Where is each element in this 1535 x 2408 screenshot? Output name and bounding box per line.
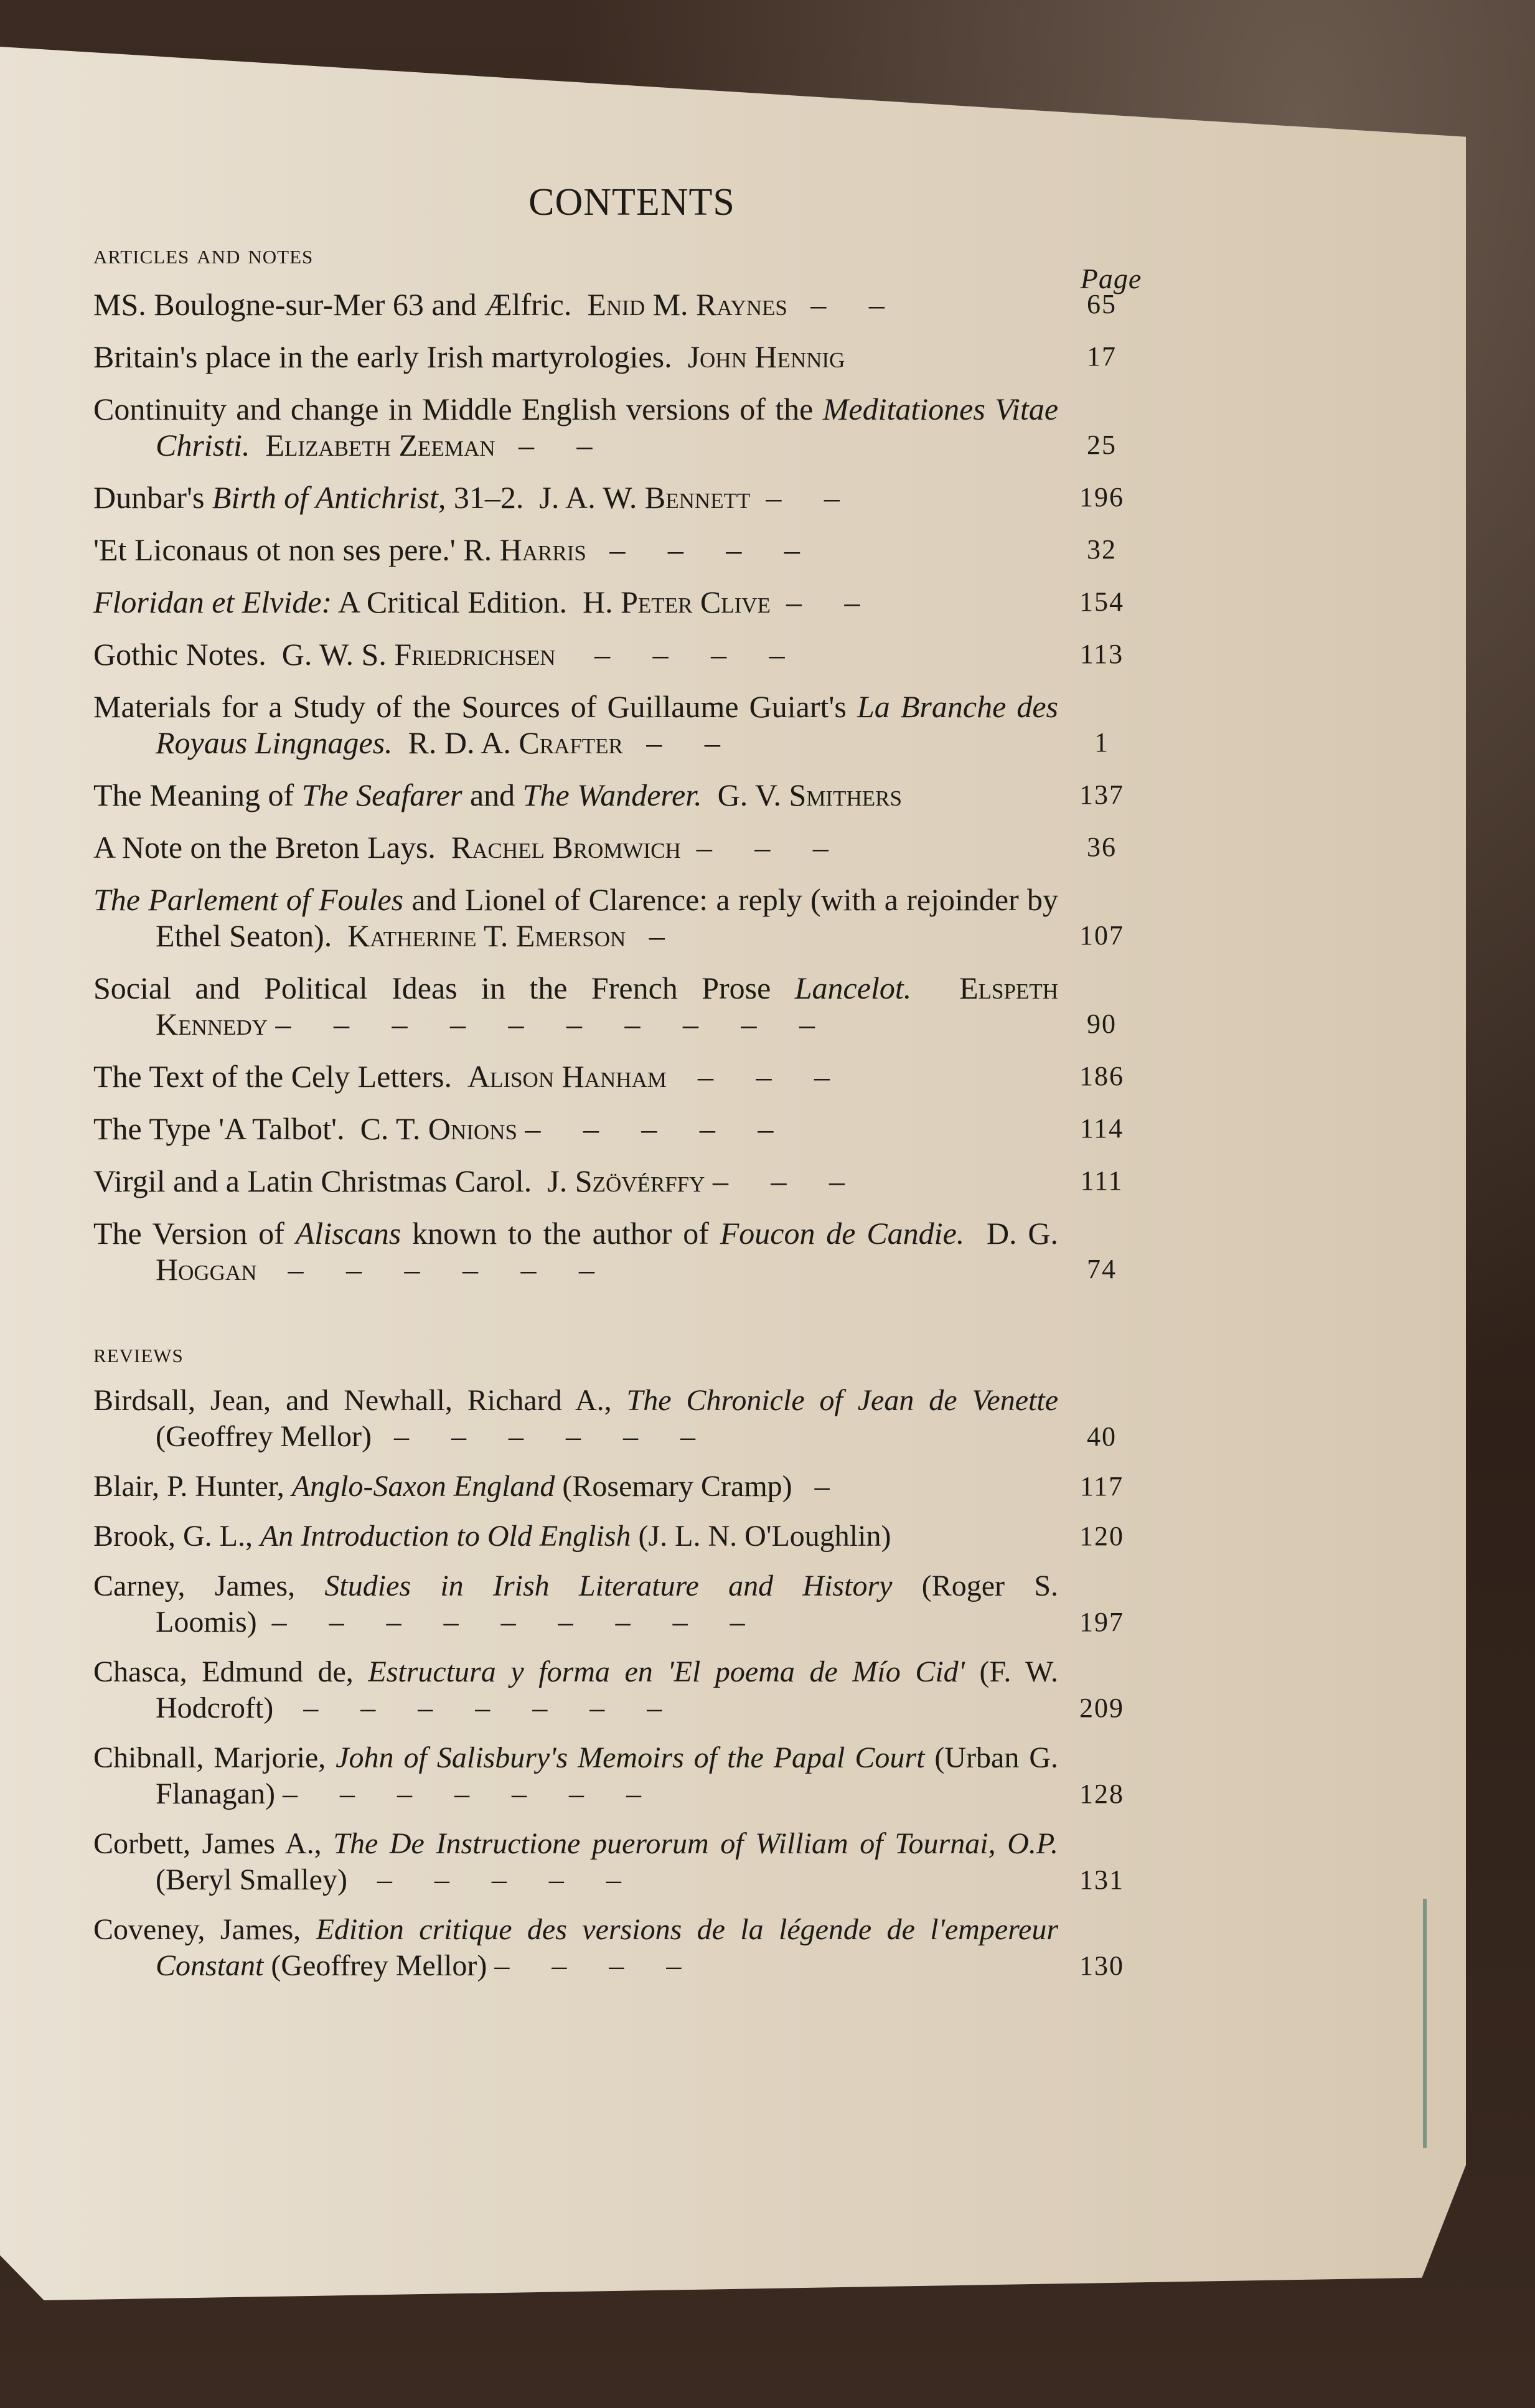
entry-title-conjunction: and (470, 778, 515, 812)
toc-entry[interactable]: Social and Political Ideas in the French… (93, 970, 1145, 1042)
entry-title-italic: The Wanderer. (523, 778, 702, 812)
page-column-label: Page (1077, 262, 1145, 295)
page-number: 120 (1058, 1518, 1145, 1554)
leader-dashes: – – – (697, 830, 846, 865)
page-number: 113 (1058, 636, 1145, 672)
page-number: 197 (1058, 1604, 1145, 1640)
leader-dashes: – (649, 918, 682, 953)
toc-entry[interactable]: Virgil and a Latin Christmas Carol. J. S… (93, 1163, 1145, 1199)
book-title: Studies in Irish Literature and History (324, 1569, 892, 1602)
leader-dashes: – – – (698, 1059, 847, 1094)
page-title: CONTENTS (93, 181, 1145, 225)
reviewed-author: Chasca, Edmund de, (93, 1655, 354, 1688)
page-number: 36 (1058, 829, 1145, 865)
entry-author: John Hennig (688, 339, 845, 374)
entry-title-italic: The Seafarer (302, 778, 462, 812)
leader-dashes: – (815, 1470, 847, 1503)
entry-title: MS. Boulogne-sur-Mer 63 and Ælfric. (93, 287, 571, 322)
entry-author: Rachel Bromwich (451, 830, 681, 865)
toc-entry[interactable]: Dunbar's Birth of Antichrist, 31–2. J. A… (93, 479, 1145, 515)
leader-dashes: – – (519, 428, 610, 463)
review-entry[interactable]: Brook, G. L., An Introduction to Old Eng… (93, 1518, 1145, 1554)
page-number: 1 (1058, 725, 1145, 761)
page-number: 130 (1058, 1948, 1145, 1984)
page-number: 40 (1058, 1419, 1145, 1455)
entry-author: R. Harris (463, 532, 586, 567)
entry-author: J. Szövérffy (547, 1164, 705, 1198)
section-heading-articles: ARTICLES AND NOTES Page (93, 237, 1145, 270)
page-number: 32 (1058, 532, 1145, 568)
entry-title: Gothic Notes. (93, 637, 266, 672)
entry-author: G. W. S. Friedrichsen (282, 637, 556, 672)
review-entry[interactable]: Blair, P. Hunter, Anglo-Saxon England (R… (93, 1469, 1145, 1505)
reviewed-author: Brook, G. L., (93, 1520, 253, 1553)
toc-entry[interactable]: A Note on the Breton Lays. Rachel Bromwi… (93, 829, 1145, 865)
articles-heading: ARTICLES AND NOTES (93, 238, 313, 270)
page-number: 154 (1058, 584, 1145, 620)
entry-author: H. Peter Clive (583, 585, 771, 619)
book-title: An Introduction to Old English (260, 1520, 631, 1553)
toc-entry[interactable]: Continuity and change in Middle English … (93, 391, 1145, 463)
leader-dashes: – – – – – (525, 1111, 791, 1146)
reviewed-author: Birdsall, Jean, and Newhall, Richard A., (93, 1384, 612, 1417)
leader-dashes: – – – – – – – (303, 1691, 679, 1724)
toc-entry[interactable]: Materials for a Study of the Sources of … (93, 689, 1145, 761)
entry-author: Katherine T. Emerson (347, 918, 626, 953)
toc-entry[interactable]: Gothic Notes. G. W. S. Friedrichsen – – … (93, 636, 1145, 672)
entry-author: R. D. A. Crafter (408, 725, 623, 760)
entry-title: The Version of (93, 1216, 284, 1251)
entry-title-italic: Floridan et Elvide: (93, 585, 332, 619)
section-spacer (93, 1287, 1145, 1337)
leader-dashes: – – – – – (377, 1863, 639, 1896)
articles-section: ARTICLES AND NOTES Page MS. Boulogne-sur… (93, 237, 1145, 1287)
page-number: 25 (1058, 427, 1145, 463)
toc-entry[interactable]: The Text of the Cely Letters. Alison Han… (93, 1058, 1145, 1094)
entry-title: Dunbar's (93, 480, 204, 515)
toc-entry[interactable]: The Version of Aliscans known to the aut… (93, 1215, 1145, 1287)
reviewer: (Geoffrey Mellor) (271, 1949, 487, 1982)
reviewer: (Beryl Smalley) (156, 1863, 347, 1896)
entry-title-middle: known to the author of (412, 1216, 709, 1251)
page-number: 90 (1058, 1006, 1145, 1042)
leader-dashes: – – – – – – (394, 1420, 713, 1453)
review-entry[interactable]: Carney, James, Studies in Irish Literatu… (93, 1568, 1145, 1640)
toc-entry[interactable]: The Parlement of Foules and Lionel of Cl… (93, 882, 1145, 954)
page-number: 186 (1058, 1058, 1145, 1094)
entry-title: A Note on the Breton Lays. (93, 830, 436, 865)
book-title: The Chronicle of Jean de Venette (627, 1384, 1059, 1417)
page-number: 209 (1058, 1690, 1145, 1726)
entry-title: Continuity and change in Middle English … (93, 392, 813, 426)
toc-entry[interactable]: 'Et Liconaus ot non ses pere.' R. Harris… (93, 532, 1145, 568)
book-title: The De Instructione puerorum of William … (333, 1827, 1058, 1860)
entry-title: 'Et Liconaus ot non ses pere.' (93, 532, 456, 567)
leader-dashes: – – – – – – – – – (272, 1606, 763, 1639)
leader-dashes: – – (786, 585, 878, 619)
entry-author: Elizabeth Zeeman (265, 428, 495, 463)
entry-author: Alison Hanham (467, 1059, 667, 1094)
reviewed-author: Carney, James, (93, 1569, 295, 1602)
leader-dashes: – – – – (609, 532, 817, 567)
toc-entry[interactable]: The Meaning of The Seafarer and The Wand… (93, 777, 1145, 813)
page-number: 137 (1058, 777, 1145, 813)
page-number: 131 (1058, 1862, 1145, 1898)
entry-title: Materials for a Study of the Sources of … (93, 689, 847, 724)
page-number: 74 (1058, 1251, 1145, 1287)
entry-author: J. A. W. Bennett (539, 480, 750, 515)
page-number: 128 (1058, 1776, 1145, 1812)
entry-title: Virgil and a Latin Christmas Carol. (93, 1164, 532, 1198)
toc-entry[interactable]: Floridan et Elvide: A Critical Edition. … (93, 584, 1145, 620)
leader-dashes: – – – – – – (288, 1252, 613, 1287)
reviewer: (Rosemary Cramp) (562, 1470, 792, 1503)
book-title: Anglo-Saxon England (292, 1470, 555, 1503)
entry-title: The Meaning of (93, 778, 294, 812)
reviewed-author: Coveney, James, (93, 1913, 301, 1946)
entry-title-italic: Aliscans (296, 1216, 401, 1251)
entry-title: Social and Political Ideas in the French… (93, 971, 771, 1005)
page-number: 114 (1058, 1111, 1145, 1147)
toc-entry[interactable]: MS. Boulogne-sur-Mer 63 and Ælfric. Enid… (93, 286, 1145, 322)
entry-title: The Type 'A Talbot'. (93, 1111, 345, 1146)
leader-dashes: – – – – (494, 1949, 698, 1982)
leader-dashes: – – – – – – – (283, 1777, 659, 1810)
entry-title-italic: Birth of Antichrist, (212, 480, 446, 515)
reviewed-author: Corbett, James A., (93, 1827, 322, 1860)
section-heading-reviews: REVIEWS (93, 1337, 1145, 1369)
review-entry[interactable]: Coveney, James, Edition critique des ver… (93, 1912, 1145, 1984)
table-of-contents: CONTENTS ARTICLES AND NOTES Page MS. Bou… (93, 181, 1145, 1984)
book-title: Estructura y forma en 'El poema de Mío C… (368, 1655, 965, 1688)
page-number: 117 (1058, 1469, 1145, 1505)
entry-author: C. T. Onions (360, 1111, 517, 1146)
review-entry[interactable]: Chasca, Edmund de, Estructura y forma en… (93, 1654, 1145, 1726)
book-title: John of Salisbury's Memoirs of the Papal… (336, 1741, 924, 1774)
reviewer: (Geoffrey Mellor) (156, 1420, 372, 1453)
entry-title: A Critical Edition. (338, 585, 567, 619)
page-edge-stripe (1423, 1899, 1427, 2148)
entry-author: Enid M. Raynes (587, 287, 787, 322)
entry-title-italic: Foucon de Candie. (720, 1216, 965, 1251)
reviewed-author: Blair, P. Hunter, (93, 1470, 284, 1503)
reviews-section: REVIEWS Birdsall, Jean, and Newhall, Ric… (93, 1337, 1145, 1984)
review-entry[interactable]: Corbett, James A., The De Instructione p… (93, 1826, 1145, 1898)
entry-title-suffix: 31–2. (454, 480, 524, 515)
entry-author: G. V. Smithers (718, 778, 902, 812)
leader-dashes: – – – – (594, 637, 802, 672)
leader-dashes: – – (810, 287, 902, 322)
toc-entry[interactable]: Britain's place in the early Irish marty… (93, 339, 1145, 375)
leader-dashes: – – – – – – – – – – (275, 1007, 832, 1042)
review-entry[interactable]: Chibnall, Marjorie, John of Salisbury's … (93, 1740, 1145, 1812)
page-number: 107 (1058, 918, 1145, 954)
page-number: 17 (1058, 339, 1145, 375)
leader-dashes: – – (646, 725, 738, 760)
reviews-heading: REVIEWS (93, 1337, 184, 1369)
reviewer: (J. L. N. O'Loughlin) (639, 1520, 891, 1553)
leader-dashes: – – – (713, 1164, 862, 1198)
page-number: 196 (1058, 479, 1145, 515)
entry-title-italic: The Parlement of Foules (93, 882, 403, 917)
leader-dashes: – – (766, 480, 857, 515)
toc-entry[interactable]: The Type 'A Talbot'. C. T. Onions – – – … (93, 1111, 1145, 1147)
review-entry[interactable]: Birdsall, Jean, and Newhall, Richard A.,… (93, 1383, 1145, 1455)
page-number: 111 (1058, 1163, 1145, 1199)
entry-title: Britain's place in the early Irish marty… (93, 339, 672, 374)
reviewed-author: Chibnall, Marjorie, (93, 1741, 326, 1774)
entry-title: The Text of the Cely Letters. (93, 1059, 452, 1094)
entry-title-italic: Lancelot. (795, 971, 911, 1005)
